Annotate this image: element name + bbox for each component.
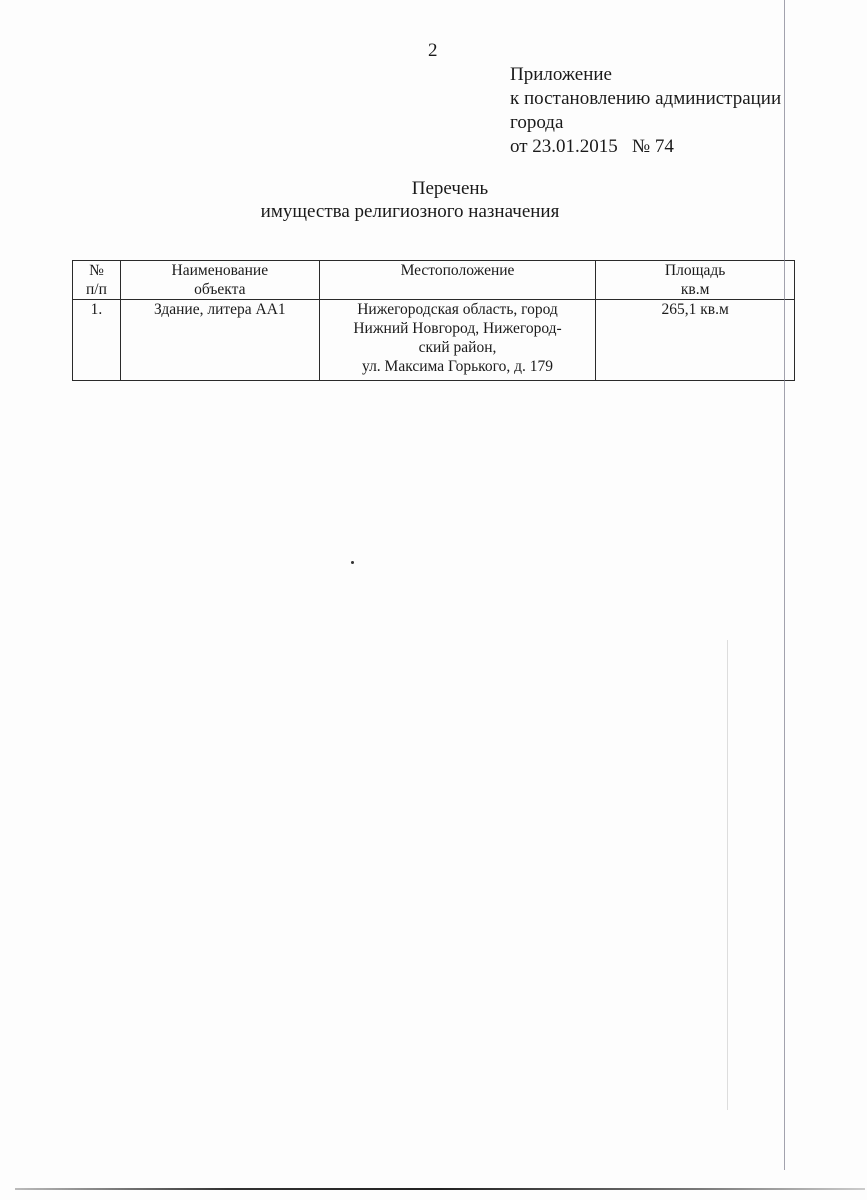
- scan-artifact-line: [727, 640, 728, 1110]
- page-number: 2: [428, 40, 438, 62]
- cell-number: 1.: [73, 300, 121, 381]
- appendix-line-2: к постановлению администрации: [510, 87, 781, 111]
- document-page: 2 Приложение к постановлению администрац…: [0, 0, 867, 1200]
- scan-speck: [351, 561, 354, 564]
- table-row: 1. Здание, литера АА1 Нижегородская обла…: [73, 300, 795, 381]
- property-table: № п/п Наименование объекта Местоположени…: [72, 260, 795, 381]
- header-location: Местоположение: [319, 261, 596, 300]
- appendix-line-4: от 23.01.2015 № 74: [510, 135, 781, 159]
- cell-location: Нижегородская область, город Нижний Новг…: [319, 300, 596, 381]
- appendix-header: Приложение к постановлению администрации…: [510, 63, 781, 159]
- appendix-line-1: Приложение: [510, 63, 781, 87]
- title-line-2: имущества религиозного назначения: [0, 200, 820, 223]
- appendix-line-3: города: [510, 111, 781, 135]
- scan-artifact-line: [784, 0, 785, 1170]
- header-area: Площадь кв.м: [596, 261, 795, 300]
- header-number: № п/п: [73, 261, 121, 300]
- header-name: Наименование объекта: [120, 261, 319, 300]
- document-title: Перечень имущества религиозного назначен…: [0, 177, 820, 223]
- title-line-1: Перечень: [0, 177, 820, 200]
- cell-area: 265,1 кв.м: [596, 300, 795, 381]
- cell-name: Здание, литера АА1: [120, 300, 319, 381]
- table-header-row: № п/п Наименование объекта Местоположени…: [73, 261, 795, 300]
- scan-page-edge: [15, 1188, 865, 1190]
